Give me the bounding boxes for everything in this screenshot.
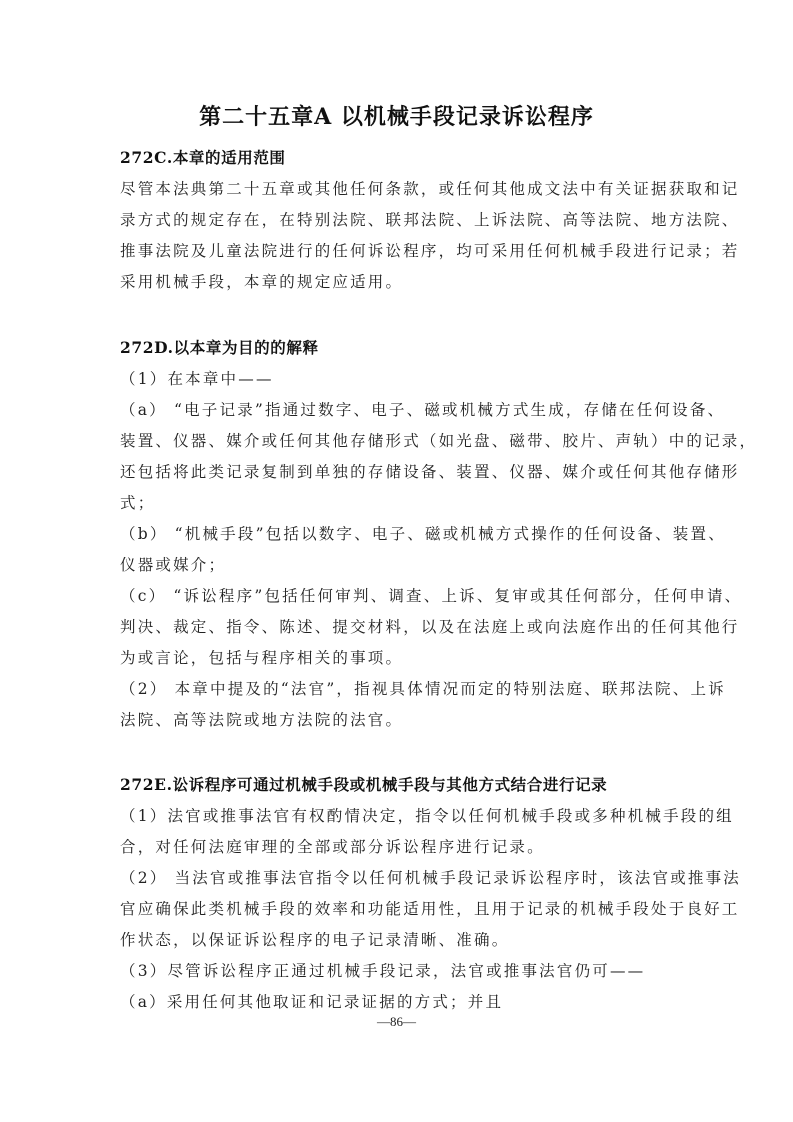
paragraph-line: （a） “电子记录”指通过数字、电子、磁或机械方式生成，存储在任何设备、 (120, 399, 676, 421)
paragraph-line: 还包括将此类记录复制到单独的存储设备、装置、仪器、媒介或任何其他存储形 (120, 461, 676, 483)
paragraph-line: 判决、裁定、指令、陈述、提交材料，以及在法庭上或向法庭作出的任何其他行 (120, 616, 676, 638)
paragraph-line: （2） 本章中提及的“法官”，指视具体情况而定的特别法庭、联邦法院、上诉 (120, 678, 676, 700)
paragraph-line: 官应确保此类机械手段的效率和功能适用性，且用于记录的机械手段处于良好工 (120, 898, 676, 920)
page-number: —86— (0, 1014, 793, 1030)
paragraph-line: （3）尽管诉讼程序正通过机械手段记录，法官或推事法官仍可—— (120, 960, 676, 982)
paragraph-line: 合，对任何法庭审理的全部或部分诉讼程序进行记录。 (120, 836, 676, 858)
paragraph-line: 式； (120, 492, 676, 514)
section-heading-272c: 272C.本章的适用范围 (120, 147, 676, 169)
paragraph-line: 采用机械手段，本章的规定应适用。 (120, 271, 676, 293)
document-page: 第二十五章A 以机械手段记录诉讼程序 272C.本章的适用范围 尽管本法典第二十… (0, 0, 793, 1122)
paragraph-line: （a）采用任何其他取证和记录证据的方式；并且 (120, 991, 676, 1013)
section-heading-272d: 272D.以本章为目的的解释 (120, 337, 676, 359)
paragraph-line: （b） “机械手段”包括以数字、电子、磁或机械方式操作的任何设备、装置、 (120, 523, 676, 545)
paragraph-line: （c） “诉讼程序”包括任何审判、调查、上诉、复审或其任何部分，任何申请、 (120, 585, 676, 607)
paragraph-line: 作状态，以保证诉讼程序的电子记录清晰、准确。 (120, 929, 676, 951)
chapter-title: 第二十五章A 以机械手段记录诉讼程序 (0, 102, 793, 132)
paragraph-line: 尽管本法典第二十五章或其他任何条款，或任何其他成文法中有关证据获取和记 (120, 178, 676, 200)
paragraph-line: 装置、仪器、媒介或任何其他存储形式（如光盘、磁带、胶片、声轨）中的记录， (120, 430, 676, 452)
paragraph-line: 仪器或媒介； (120, 554, 676, 576)
paragraph-line: （1）在本章中—— (120, 368, 676, 390)
paragraph-line: 录方式的规定存在，在特别法院、联邦法院、上诉法院、高等法院、地方法院、 (120, 209, 676, 231)
paragraph-line: （2） 当法官或推事法官指令以任何机械手段记录诉讼程序时，该法官或推事法 (120, 867, 676, 889)
paragraph-line: 推事法院及儿童法院进行的任何诉讼程序，均可采用任何机械手段进行记录；若 (120, 240, 676, 262)
paragraph-line: 法院、高等法院或地方法院的法官。 (120, 709, 676, 731)
paragraph-line: 为或言论，包括与程序相关的事项。 (120, 647, 676, 669)
section-heading-272e: 272E.讼诉程序可通过机械手段或机械手段与其他方式结合进行记录 (120, 774, 676, 796)
paragraph-line: （1）法官或推事法官有权酌情决定，指令以任何机械手段或多种机械手段的组 (120, 805, 676, 827)
